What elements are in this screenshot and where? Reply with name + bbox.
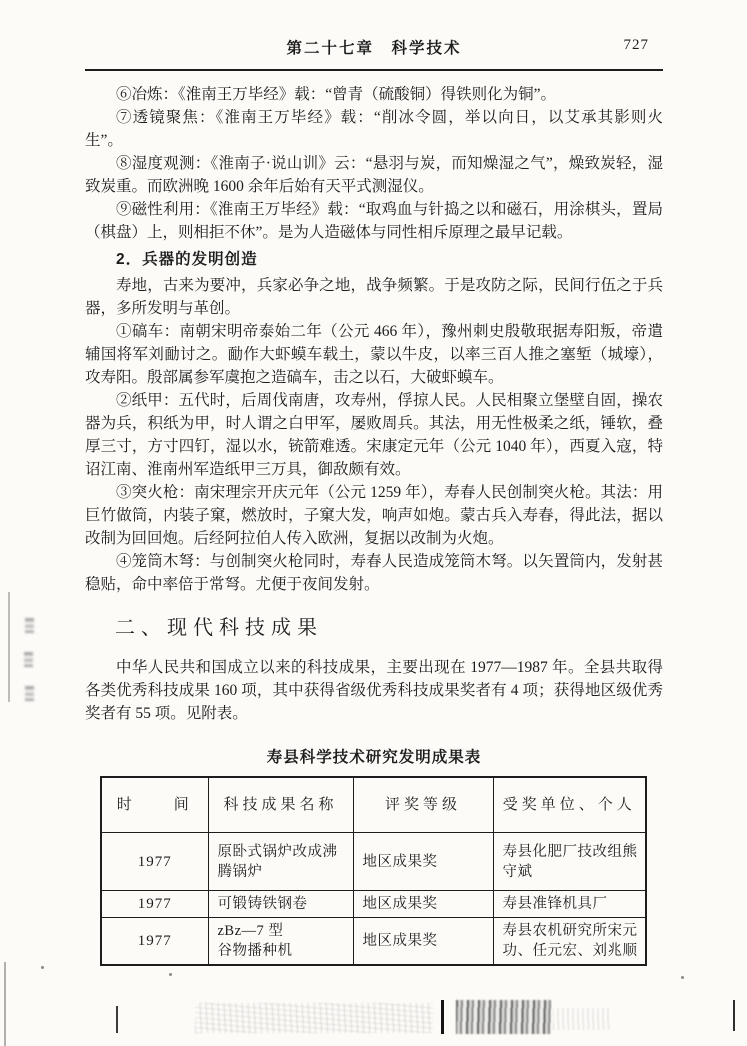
cell-award-level: 地区成果奖 bbox=[353, 891, 493, 918]
scan-gutter-line bbox=[8, 592, 10, 702]
scan-speck bbox=[169, 973, 172, 976]
cell-achievement-name: 原卧式锅炉改成沸腾锅炉 bbox=[208, 833, 353, 891]
para-catapult-cart: ①碻车：南朝宋明帝泰始二年（公元 466 年），豫州刺史殷敬珉据寿阳叛，帝遣辅国… bbox=[85, 320, 663, 389]
chapter-title: 第二十七章 科学技术 bbox=[85, 36, 663, 58]
header-rule bbox=[85, 69, 663, 71]
para-humidity: ⑧湿度观测：《淮南子·说山训》云：“悬羽与炭，而知燥湿之气”，燥致炭轻，湿致炭重… bbox=[85, 152, 663, 198]
cell-achievement-name: 可锻铸铁钢卷 bbox=[208, 891, 353, 918]
page-number: 727 bbox=[624, 37, 650, 54]
subsection-heading-weapons: 2．兵器的发明创造 bbox=[85, 248, 663, 271]
cell-year: 1977 bbox=[101, 891, 208, 918]
scan-gutter-line bbox=[4, 962, 6, 1046]
cell-recipient: 寿县化肥厂技改组熊守斌 bbox=[493, 833, 646, 891]
para-magnetism: ⑨磁性利用：《淮南王万毕经》载：“取鸡血与针捣之以和磁石，用涂棋头，置局（棋盘）… bbox=[85, 198, 663, 244]
table-title: 寿县科学技术研究发明成果表 bbox=[85, 746, 663, 769]
table-row: 1977 zBz—7 型 谷物播种机 地区成果奖 寿县农机研究所宋元功、任元宏、… bbox=[101, 918, 646, 966]
body-text: ⑥冶炼：《淮南王万毕经》载：“曾青（硫酸铜）得铁则化为铜”。 ⑦透镜聚焦：《淮南… bbox=[85, 83, 663, 966]
margin-bleed-mark bbox=[25, 686, 34, 701]
scan-speck bbox=[41, 966, 44, 969]
text-column: 第二十七章 科学技术 727 ⑥冶炼：《淮南王万毕经》载：“曾青（硫酸铜）得铁则… bbox=[85, 36, 663, 966]
margin-bleed-mark bbox=[25, 618, 34, 633]
running-header: 第二十七章 科学技术 727 bbox=[85, 36, 663, 60]
cell-achievement-name: zBz—7 型 谷物播种机 bbox=[208, 918, 353, 966]
para-tube-crossbow: ④笼筒木弩：与创制突火枪同时，寿春人民造成笼筒木弩。以矢置筒内，发射甚稳贴，命中… bbox=[85, 550, 663, 596]
scan-speck bbox=[681, 976, 684, 979]
smudged-text-band bbox=[553, 1008, 611, 1030]
para-weapons-intro: 寿地，古来为要冲，兵家必争之地，战争频繁。于是攻防之际，民间行伍之于兵器，多所发… bbox=[85, 274, 663, 320]
margin-bleed-mark bbox=[24, 652, 33, 667]
col-header-achievement: 科技成果名称 bbox=[208, 777, 353, 833]
cutoff-table-border-fragment bbox=[116, 1006, 118, 1033]
scanned-book-page: 第二十七章 科学技术 727 ⑥冶炼：《淮南王万毕经》载：“曾青（硫酸铜）得铁则… bbox=[0, 0, 747, 1046]
table-row: 1977 可锻铸铁钢卷 地区成果奖 寿县准锋机具厂 bbox=[101, 891, 646, 918]
col-header-recipient: 受奖单位、个人 bbox=[493, 777, 646, 833]
cell-award-level: 地区成果奖 bbox=[353, 833, 493, 891]
para-modern-intro: 中华人民共和国成立以来的科技成果，主要出现在 1977—1987 年。全县共取得… bbox=[85, 656, 663, 725]
table-header-row: 时 间 科技成果名称 评奖等级 受奖单位、个人 bbox=[101, 777, 646, 833]
col-header-time: 时 间 bbox=[101, 777, 208, 833]
cell-year: 1977 bbox=[101, 918, 208, 966]
cell-year: 1977 bbox=[101, 833, 208, 891]
smudged-text-band bbox=[195, 1003, 433, 1033]
para-paper-armor: ②纸甲：五代时，后周伐南唐，攻寿州，俘掠人民。人民相聚立堡壁自固，操农器为兵，积… bbox=[85, 389, 663, 481]
section-heading-modern: 二、现代科技成果 bbox=[85, 613, 663, 641]
cell-recipient: 寿县准锋机具厂 bbox=[493, 891, 646, 918]
table-row: 1977 原卧式锅炉改成沸腾锅炉 地区成果奖 寿县化肥厂技改组熊守斌 bbox=[101, 833, 646, 891]
col-header-award-level: 评奖等级 bbox=[353, 777, 493, 833]
cutoff-table-border-fragment bbox=[733, 1000, 735, 1031]
para-smelting: ⑥冶炼：《淮南王万毕经》载：“曾青（硫酸铜）得铁则化为铜”。 bbox=[85, 83, 663, 106]
para-lens-focus: ⑦透镜聚焦：《淮南王万毕经》载：“削冰令圆，举以向日，以艾承其影则火生”。 bbox=[85, 106, 663, 152]
ink-smear-blob bbox=[456, 1000, 551, 1034]
cell-recipient: 寿县农机研究所宋元功、任元宏、刘兆顺 bbox=[493, 918, 646, 966]
cutoff-table-border-fragment bbox=[441, 1000, 444, 1034]
cell-award-level: 地区成果奖 bbox=[353, 918, 493, 966]
achievements-table: 时 间 科技成果名称 评奖等级 受奖单位、个人 1977 原卧式锅炉改成沸腾锅炉… bbox=[100, 776, 647, 966]
para-fire-lance: ③突火枪：南宋理宗开庆元年（公元 1259 年），寿春人民创制突火枪。其法：用巨… bbox=[85, 481, 663, 550]
